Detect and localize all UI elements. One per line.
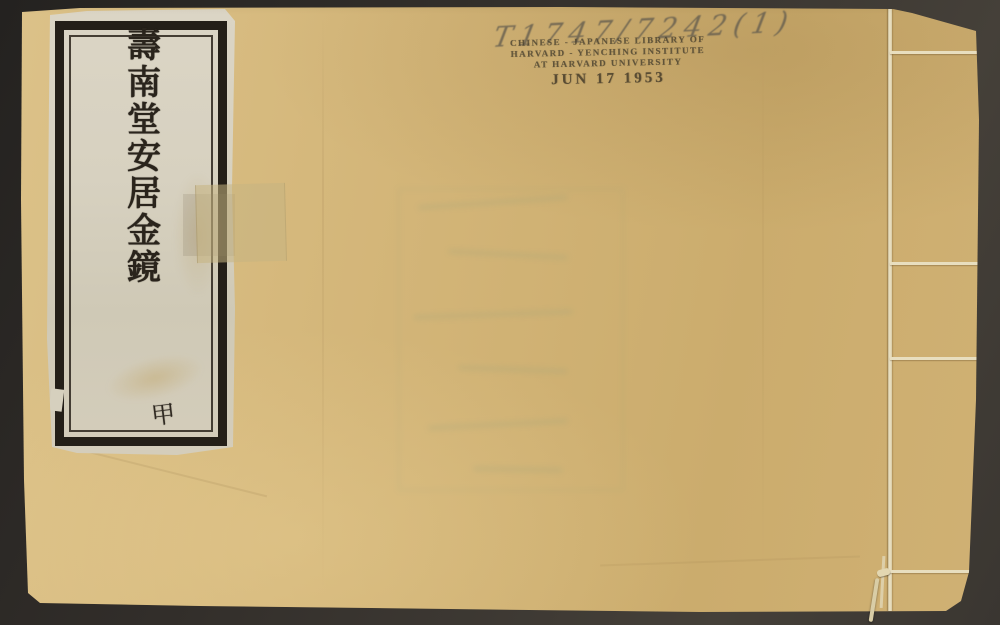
title-text: 壽南堂安居金鏡 (117, 27, 166, 286)
tape-patch (195, 183, 287, 263)
stamp-date: JUN 17 1953 (496, 69, 720, 91)
binding-stitch (890, 262, 978, 265)
label-border-chip (49, 388, 65, 411)
binding-stitch (890, 357, 978, 360)
binding-thread-vertical-double (880, 556, 886, 608)
binding-thread-vertical (888, 8, 892, 611)
volume-marker: 甲 (149, 394, 177, 432)
show-through-frame (398, 188, 624, 491)
library-stamp: CHINESE - JAPANESE LIBRARY OF HARVARD - … (495, 34, 720, 91)
cover-crease (762, 40, 764, 580)
binding-stitch (890, 51, 978, 54)
cover-crease (600, 555, 860, 566)
cover-crease (322, 14, 324, 594)
book-cover: 壽南堂安居金鏡 甲 T1747/7242(1) CHINESE - JAPANE… (0, 0, 1000, 625)
photo-background: 壽南堂安居金鏡 甲 T1747/7242(1) CHINESE - JAPANE… (0, 0, 1000, 625)
show-through-print (388, 182, 634, 497)
binding-stitch (890, 570, 978, 573)
